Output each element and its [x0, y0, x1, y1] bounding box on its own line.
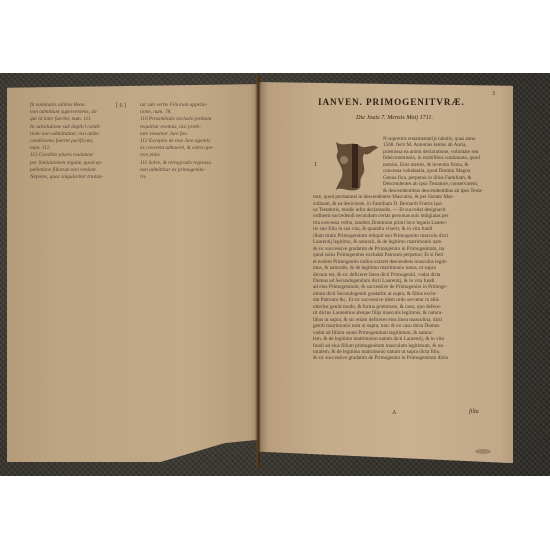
- text-line: tione non admittuntur, nisi ambo: [30, 131, 130, 138]
- text-line: & sic successive gradatim de Primogenito…: [313, 355, 511, 361]
- right-page-number: 3: [492, 91, 495, 97]
- text-line: 110 Proximitatis exclusio probata: [140, 116, 250, 123]
- text-line: 112 Exceptio de non Jure agentis: [140, 138, 250, 145]
- page-heading: IANVEN. PRIMOGENITVRÆ.: [318, 97, 465, 107]
- left-index-column-a: fit nominatis ullimis Reon. non admittun…: [30, 102, 130, 181]
- book-gutter: [255, 75, 261, 467]
- text-line: tate venantur Jure fuo.: [140, 131, 250, 138]
- text-line: qui id inter fuerint, num. 111.: [30, 116, 130, 123]
- text-line: requirtur eventus, nisi probi-: [140, 124, 250, 131]
- text-line: per limitationem regulæ, quod ap-: [30, 160, 130, 167]
- paper-stain: [475, 449, 491, 454]
- dateline: Die Jouis 7. Mensis Maij 1711.: [356, 114, 433, 121]
- text-line: 111 Solve, & retrogradis regressu: [140, 160, 250, 167]
- text-line: conditiones fuerint purificata,: [30, 138, 130, 145]
- text-line: num. 112.: [30, 145, 130, 152]
- text-line: ex caverent adhaerel, & extra ope-: [140, 145, 250, 152]
- catchword: filia: [469, 409, 479, 415]
- text-line: ris.: [140, 174, 250, 181]
- text-line: rem pinis.: [140, 152, 250, 159]
- text-line: Nepotes, quas singulariter tradun-: [30, 174, 130, 181]
- text-line: 113 Conditio plures tradantur: [30, 152, 130, 159]
- text-line: tur sub verbo Filiorum appella-: [140, 102, 250, 109]
- signature-mark: A: [392, 410, 396, 416]
- text-line: fit nominatis ullimis Reon.: [30, 102, 130, 109]
- text-line: non admittitur ex primogenitu-: [140, 167, 250, 174]
- text-line: tione, num. 78.: [140, 109, 250, 116]
- text-line: pellatione filiorum non veniunt: [30, 167, 130, 174]
- text-line: In subsitutione sub duplici condi-: [30, 124, 130, 131]
- body-text: N supremis testamentarijs tabulis, quas …: [313, 136, 511, 362]
- left-index-column-b: tur sub verbo Filiorum appella- tione, n…: [140, 102, 250, 181]
